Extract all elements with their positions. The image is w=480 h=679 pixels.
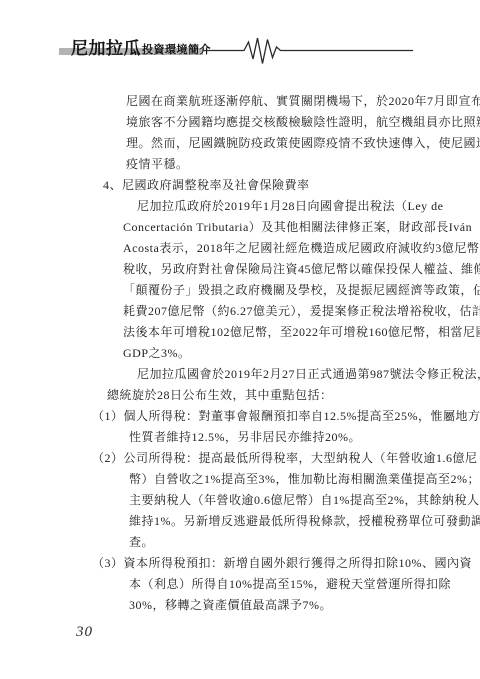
list-item-line: 30%，移轉之資產價值最高課予7%。 [129,595,456,616]
text-line: 總統旋於28日公布生效，其中重點包括： [107,385,456,406]
text-line: 稅收，另政府對社會保險局注資45億尼幣以確保投保人權益、維修遭 [123,259,456,280]
page-number: 30 [76,624,93,641]
list-item-line: 性質者維持12.5%，另非居民亦維持20%。 [129,427,456,448]
list-item-line: 維持1%。另新增反逃避最低所得稅條款，授權稅務單位可發動調 [129,511,456,532]
text-line: 尼加拉瓜國會於2019年2月27日正式通過第987號法令修正稅法， [137,364,456,385]
heartbeat-line-icon [203,36,413,66]
section-heading: 4、尼國政府調整稅率及社會保險費率 [103,175,456,196]
list-item-line: （1）個人所得稅：對董事會報酬預扣率自12.5%提高至25%，惟屬地方 [92,406,456,427]
text-line: GDP之3%。 [123,343,456,364]
list-item-line: （3）資本所得稅預扣：新增自國外銀行獲得之所得扣除10%、國內資 [92,553,456,574]
header-title-sub: 投資環境簡介 [142,45,211,57]
text-line: 耗費207億尼幣（約6.27億美元），爰提案修正稅法增裕稅收，估計修 [123,301,456,322]
text-line: Acosta表示，2018年之尼國社經危機造成尼國政府減收約3億尼幣之 [123,238,456,259]
text-line: 境旅客不分國籍均應提交核酸檢驗陰性證明，航空機組員亦比照辦 [126,112,456,133]
list-item-line: （2）公司所得稅：提高最低所得稅率，大型納稅人（年營收逾1.6億尼 [92,448,456,469]
text-line: 「顛覆份子」毀損之政府機關及學校，及提振尼國經濟等政策，估計 [123,280,456,301]
list-item-line: 查。 [129,532,456,553]
header-title-main: 尼加拉瓜 [71,40,141,57]
list-item-line: 幣）自營收之1%提高至3%，惟加勒比海相關漁業僅提高至2%； [129,469,456,490]
text-line: 法後本年可增稅102億尼幣，至2022年可增稅160億尼幣，相當尼國 [123,322,456,343]
text-line: Concertación Tributaria）及其他相關法律修正案，財政部長I… [123,217,456,238]
text-line: 疫情平穩。 [126,154,456,175]
page-header-title: 尼加拉瓜 投資環境簡介 [71,40,211,57]
text-line: 尼加拉瓜政府於2019年1月28日向國會提出稅法（Ley de [137,196,456,217]
text-line: 尼國在商業航班逐漸停航、實質關閉機場下，於2020年7月即宣布入 [126,91,456,112]
list-item-line: 本（利息）所得自10%提高至15%，避稅天堂營運所得扣除 [129,574,456,595]
document-page: 尼加拉瓜 投資環境簡介 尼國在商業航班逐漸停航、實質關閉機場下，於2020年7月… [0,0,480,679]
text-line: 理。然而，尼國鐵腕防疫政策使國際疫情不致快速傳入，使尼國迄今 [126,133,456,154]
list-item-line: 主要納稅人（年營收逾0.6億尼幣）自1%提高至2%，其餘納稅人 [129,490,456,511]
document-body: 尼國在商業航班逐漸停航、實質關閉機場下，於2020年7月即宣布入 境旅客不分國籍… [90,91,456,616]
